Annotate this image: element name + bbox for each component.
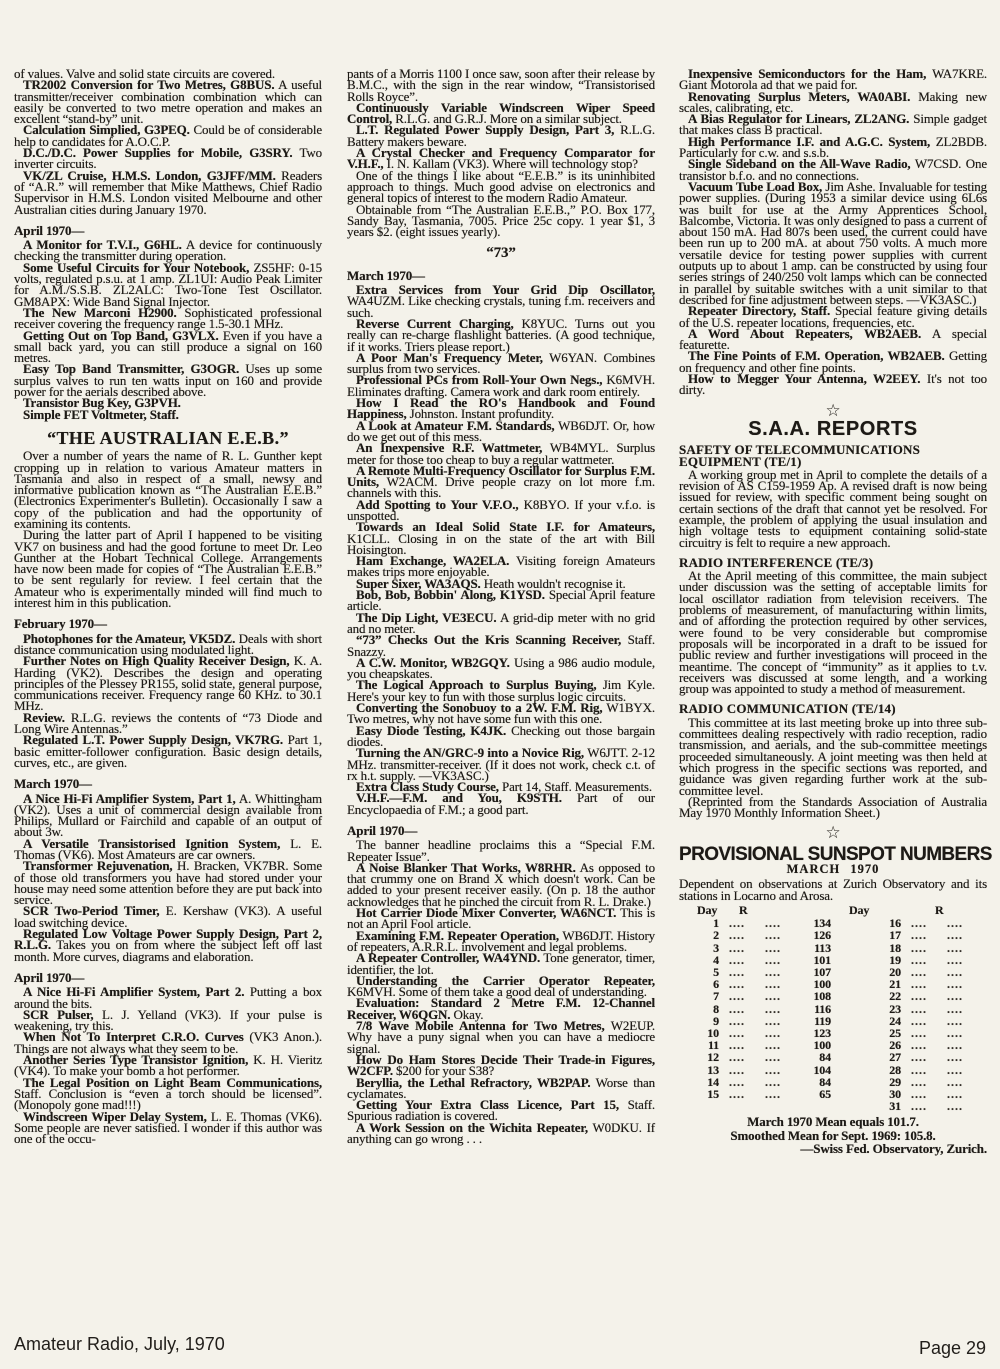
paragraph: The New Marconi H2900. Sophisticated pro… — [14, 307, 322, 330]
value-cell: 48 — [973, 954, 1000, 966]
paragraph-text: Jim Ashe. Invaluable for testing power s… — [679, 179, 987, 307]
day-cell: 8 — [679, 1003, 719, 1015]
value-cell: 46 — [973, 917, 1000, 929]
paragraph: Windscreen Wiper Delay System, L. E. Tho… — [14, 1111, 322, 1145]
month-header: February 1970— — [14, 618, 322, 629]
table-row: 13........10428........110 — [679, 1064, 987, 1076]
gap-cell — [831, 1015, 861, 1027]
dot-leader: .... — [719, 929, 755, 941]
column-left: of values. Valve and solid state circuit… — [14, 68, 322, 1144]
sunspot-table-header: DayRDayR — [679, 904, 987, 916]
day-cell: 22 — [861, 990, 901, 1002]
day-cell: 28 — [861, 1064, 901, 1076]
value-cell: 101 — [973, 1100, 1000, 1112]
paragraph: Another Series Type Transistor Ignition,… — [14, 1054, 322, 1077]
star-divider-icon: ☆ — [679, 827, 987, 838]
dot-leader: .... — [755, 1051, 791, 1063]
value-cell: 140 — [973, 1015, 1000, 1027]
paragraph-text: At the April meeting of this committee, … — [679, 568, 987, 696]
paragraph: During the latter part of April I happen… — [14, 529, 322, 608]
paragraph: Beryllia, the Lethal Refractory, WB2PAP.… — [347, 1077, 655, 1100]
month-header: March 1970— — [14, 778, 322, 789]
paragraph: Over a number of years the name of R. L.… — [14, 450, 322, 529]
paragraph: The Logical Approach to Surplus Buying, … — [347, 679, 655, 702]
paragraph: “73” Checks Out the Kris Scanning Receiv… — [347, 634, 655, 657]
value-cell: 103 — [973, 1076, 1000, 1088]
paragraph: Getting Out on Top Band, G3VLX. Even if … — [14, 330, 322, 364]
paragraph: Easy Top Band Transmitter, G3OGR. Uses u… — [14, 363, 322, 397]
sunspot-table: DayRDayR1........13416........462.......… — [679, 904, 987, 1112]
paragraph: Bob, Bob, Bobbin' Along, K1YSD. Special … — [347, 589, 655, 612]
paragraph: How Do Ham Stores Decide Their Trade-in … — [347, 1054, 655, 1077]
value-cell: 41 — [973, 942, 1000, 954]
paragraph: Evaluation: Standard 2 Metre F.M. 12-Cha… — [347, 997, 655, 1020]
paragraph: V.H.F.—F.M. and You, K9STH. Part of our … — [347, 792, 655, 815]
day-cell: 17 — [861, 929, 901, 941]
gap-cell — [831, 942, 861, 954]
paragraph: D.C./D.C. Power Supplies for Mobile, G3S… — [14, 147, 322, 170]
paragraph: L.T. Regulated Power Supply Design, Part… — [347, 124, 655, 147]
paragraph: Dependent on observations at Zurich Obse… — [679, 878, 987, 901]
column-header: R — [935, 904, 987, 916]
month-header: April 1970— — [14, 225, 322, 236]
paragraph-text: Dependent on observations at Zurich Obse… — [679, 876, 987, 902]
table-row: 10........12325........142 — [679, 1027, 987, 1039]
paragraph: Understanding the Carrier Operator Repea… — [347, 975, 655, 998]
paragraph: Towards an Ideal Solid State I.F. for Am… — [347, 521, 655, 555]
paragraph-text: Obtainable from “The Australian E.E.B.,”… — [347, 202, 655, 240]
paragraph: Professional PCs from Roll-Your Own Negs… — [347, 374, 655, 397]
dot-leader: .... — [937, 1064, 973, 1076]
paragraph: Renovating Surplus Meters, WA0ABI. Makin… — [679, 91, 987, 114]
credit-line: —Swiss Fed. Observatory, Zurich. — [679, 1143, 987, 1154]
table-row: 8........11623........131 — [679, 1003, 987, 1015]
gap-cell — [831, 1088, 861, 1100]
section-heading-73: “73” — [347, 248, 655, 259]
dot-leader: .... — [937, 929, 973, 941]
paragraph: A working group met in April to complete… — [679, 469, 987, 548]
paragraph: Vacuum Tube Load Box, Jim Ashe. Invaluab… — [679, 181, 987, 305]
column-header: Day — [835, 904, 935, 916]
gap-cell — [831, 1027, 861, 1039]
paragraph-text: One of the things I like about “E.E.B.” … — [347, 168, 655, 206]
paragraph: Simple FET Voltmeter, Staff. — [14, 409, 322, 420]
table-row: 11........10026........122 — [679, 1039, 987, 1051]
article-title: Bob, Bob, Bobbin' Along, K1YSD. — [356, 587, 545, 602]
paragraph: (Reprinted from the Standards Associatio… — [679, 796, 987, 819]
gap-cell — [831, 1100, 861, 1112]
paragraph: Regulated L.T. Power Supply Design, VK7R… — [14, 734, 322, 768]
dot-leader: .... — [719, 1051, 755, 1063]
paragraph: Reverse Current Charging, K8YUC. Turns o… — [347, 318, 655, 352]
footer-journal-title: Amateur Radio, July, 1970 — [14, 1334, 225, 1355]
paragraph: Repeater Directory, Staff. Special featu… — [679, 305, 987, 328]
gap-cell — [831, 1076, 861, 1088]
table-row: 2........12617........29 — [679, 929, 987, 941]
paragraph: A Monitor for T.V.I., G6HL. A device for… — [14, 239, 322, 262]
paragraph: Obtainable from “The Australian E.E.B.,”… — [347, 204, 655, 238]
paragraph: A Nice Hi-Fi Amplifier System, Part 2. P… — [14, 986, 322, 1009]
paragraph-text: This committee at its last meeting broke… — [679, 715, 987, 798]
paragraph-text: During the latter part of April I happen… — [14, 527, 322, 610]
paragraph: The banner headline proclaims this a “Sp… — [347, 839, 655, 862]
dot-leader: .... — [937, 1051, 973, 1063]
paragraph: SCR Pulser, L. J. Yelland (VK3). If your… — [14, 1009, 322, 1032]
dot-leader: .... — [719, 990, 755, 1002]
paragraph: A Nice Hi-Fi Amplifier System, Part 1, A… — [14, 793, 322, 838]
dot-leader: .... — [755, 1088, 791, 1100]
day-cell: 27 — [861, 1051, 901, 1063]
paragraph: Further Notes on High Quality Receiver D… — [14, 655, 322, 711]
paragraph: SCR Two-Period Timer, E. Kershaw (VK3). … — [14, 905, 322, 928]
dot-leader: .... — [901, 1100, 937, 1112]
month-header: April 1970— — [14, 972, 322, 983]
month-header: March 1970— — [347, 270, 655, 281]
table-row: 7........10822........122 — [679, 990, 987, 1002]
paragraph: An Inexpensive R.F. Wattmeter, WB4MYL. S… — [347, 442, 655, 465]
table-row: 6........10021........115 — [679, 978, 987, 990]
article-title: “73” Checks Out the Kris Scanning Receiv… — [356, 632, 621, 647]
article-title: Simple FET Voltmeter, Staff. — [23, 407, 179, 422]
dot-leader: .... — [755, 990, 791, 1002]
paragraph: A Look at Amateur F.M. Standards, WB6DJT… — [347, 420, 655, 443]
gap-cell — [831, 954, 861, 966]
column-right: Inexpensive Semiconductors for the Ham, … — [679, 68, 987, 1154]
paragraph: A Noise Blanker That Works, W8RHR. As op… — [347, 862, 655, 907]
gap-cell — [831, 929, 861, 941]
paragraph: A Word About Repeaters, WB2AEB. A specia… — [679, 328, 987, 351]
table-row: 5........10720........93 — [679, 966, 987, 978]
dot-leader: .... — [755, 942, 791, 954]
day-cell: 2 — [679, 929, 719, 941]
paragraph: Getting Your Extra Class Licence, Part 1… — [347, 1099, 655, 1122]
paragraph: A Repeater Controller, WA4YND. Tone gene… — [347, 952, 655, 975]
gap-cell — [831, 1003, 861, 1015]
gap-cell — [831, 1039, 861, 1051]
paragraph-text: (Reprinted from the Standards Associatio… — [679, 794, 987, 820]
magazine-page: { "glyphs": {"star": "☆", "dots": "...."… — [0, 0, 1000, 1369]
day-cell: 7 — [679, 990, 719, 1002]
subsection-heading: RADIO COMMUNICATION (TE/14) — [679, 703, 987, 714]
note-line: March 1970 Mean equals 101.7. — [679, 1116, 987, 1127]
paragraph-text: Over a number of years the name of R. L.… — [14, 448, 322, 531]
dot-leader: .... — [901, 929, 937, 941]
paragraph: Ham Exchange, WA2ELA. Visiting foreign A… — [347, 555, 655, 578]
paragraph: Extra Services from Your Grid Dip Oscill… — [347, 284, 655, 318]
paragraph: pants of a Morris 1100 I once saw, soon … — [347, 68, 655, 102]
value-cell — [791, 1100, 831, 1112]
day-cell: 3 — [679, 942, 719, 954]
dot-leader — [719, 1100, 755, 1112]
value-cell: 29 — [973, 929, 1000, 941]
paragraph: A Bias Regulator for Linears, ZL2ANG. Si… — [679, 113, 987, 136]
paragraph: Turning the AN/GRC-9 into a Novice Rig, … — [347, 747, 655, 781]
paragraph: The Legal Position on Light Beam Communi… — [14, 1077, 322, 1111]
gap-cell — [831, 990, 861, 1002]
table-row: 9........11924........140 — [679, 1015, 987, 1027]
dot-leader: .... — [755, 1064, 791, 1076]
paragraph: VK/ZL Cruise, H.M.S. London, G3JFF/MM. R… — [14, 170, 322, 215]
note-line: Smoothed Mean for Sept. 1969: 105.8. — [679, 1130, 987, 1141]
paragraph: At the April meeting of this committee, … — [679, 570, 987, 694]
paragraph: Converting the Sonobuoy to a 2W. F.M. Ri… — [347, 702, 655, 725]
paragraph: Review. R.L.G. reviews the contents of “… — [14, 712, 322, 735]
paragraph: Continuously Variable Windscreen Wiper S… — [347, 102, 655, 125]
dot-leader: .... — [719, 1088, 755, 1100]
paragraph: 7/8 Wave Mobile Antenna for Two Metres, … — [347, 1020, 655, 1054]
table-subtitle: MARCH 1970 — [679, 864, 987, 875]
paragraph: Regulated Low Voltage Power Supply Desig… — [14, 928, 322, 962]
paragraph: A C.W. Monitor, WB2GQY. Using a 986 audi… — [347, 657, 655, 680]
value-cell: 84 — [791, 1051, 831, 1063]
paragraph: When Not To Interpret C.R.O. Curves (VK3… — [14, 1031, 322, 1054]
value-cell: 108 — [791, 990, 831, 1002]
paragraph: This committee at its last meeting broke… — [679, 717, 987, 796]
paragraph: TR2002 Conversion for Two Metres, G8BUS.… — [14, 79, 322, 124]
value-cell: 110 — [973, 1064, 1000, 1076]
column-header: R — [739, 904, 835, 916]
table-row: 14........8429........103 — [679, 1076, 987, 1088]
paragraph: How to Megger Your Antenna, W2EEY. It's … — [679, 373, 987, 396]
dot-leader — [755, 1100, 791, 1112]
dot-leader: .... — [937, 1100, 973, 1112]
paragraph: How I Read the RO's Handbook and Found H… — [347, 397, 655, 420]
paragraph: One of the things I like about “E.E.B.” … — [347, 170, 655, 204]
dot-leader: .... — [719, 1003, 755, 1015]
table-row: 12........8427........115 — [679, 1051, 987, 1063]
footer-page-number: Page 29 — [919, 1338, 986, 1359]
section-heading: PROVISIONAL SUNSPOT NUMBERS — [679, 849, 987, 860]
day-cell: 31 — [861, 1100, 901, 1112]
value-cell: 122 — [973, 1039, 1000, 1051]
dot-leader: .... — [719, 1064, 755, 1076]
gap-cell — [831, 1051, 861, 1063]
paragraph: A Poor Man's Frequency Meter, W6YAN. Com… — [347, 352, 655, 375]
dot-leader: .... — [719, 942, 755, 954]
paragraph: A Versatile Transistorised Ignition Syst… — [14, 838, 322, 861]
dot-leader: .... — [901, 1064, 937, 1076]
paragraph: The Dip Light, VE3ECU. A grid-dip meter … — [347, 612, 655, 635]
value-cell: 131 — [973, 1003, 1000, 1015]
value-cell: 142 — [973, 1027, 1000, 1039]
value-cell: 104 — [791, 1064, 831, 1076]
paragraph-text: pants of a Morris 1100 I once saw, soon … — [347, 66, 655, 104]
dot-leader: .... — [755, 929, 791, 941]
paragraph: Easy Diode Testing, K4JK. Checking out t… — [347, 725, 655, 748]
day-cell: 12 — [679, 1051, 719, 1063]
month-header: April 1970— — [347, 825, 655, 836]
subsection-heading: SAFETY OF TELECOMMUNICATIONS EQUIPMENT (… — [679, 444, 987, 467]
paragraph: Inexpensive Semiconductors for the Ham, … — [679, 68, 987, 91]
article-title: How to Megger Your Antenna, W2EEY. — [688, 371, 920, 386]
day-cell: 15 — [679, 1088, 719, 1100]
paragraph: Single Sideband on the All-Wave Radio, W… — [679, 158, 987, 181]
value-cell: 113 — [791, 942, 831, 954]
dot-leader: .... — [901, 1051, 937, 1063]
table-row: 4........10119........48 — [679, 954, 987, 966]
day-cell: 18 — [861, 942, 901, 954]
section-heading: “THE AUSTRALIAN E.E.B.” — [14, 433, 322, 444]
paragraph: A Work Session on the Wichita Repeater, … — [347, 1122, 655, 1145]
section-heading: S.A.A. REPORTS — [679, 424, 987, 435]
table-row: 3........11318........41 — [679, 942, 987, 954]
gap-cell — [831, 1064, 861, 1076]
subsection-heading: RADIO INTERFERENCE (TE/3) — [679, 557, 987, 568]
star-divider-icon: ☆ — [679, 405, 987, 416]
value-cell: 126 — [791, 929, 831, 941]
paragraph: Add Spotting to Your V.F.O., K8BYO. If y… — [347, 499, 655, 522]
value-cell: 115 — [973, 978, 1000, 990]
table-row: 31........101 — [679, 1100, 987, 1112]
paragraph-text: A working group met in April to complete… — [679, 467, 987, 550]
paragraph: High Performance I.F. and A.G.C. System,… — [679, 136, 987, 159]
dot-leader: .... — [901, 1003, 937, 1015]
paragraph: The Fine Points of F.M. Operation, WB2AE… — [679, 350, 987, 373]
day-cell: 13 — [679, 1064, 719, 1076]
value-cell: 65 — [791, 1088, 831, 1100]
value-cell: 122 — [973, 990, 1000, 1002]
day-cell — [679, 1100, 719, 1112]
paragraph: A Crystal Checker and Frequency Comparat… — [347, 147, 655, 170]
dot-leader: .... — [755, 1003, 791, 1015]
column-header: Day — [679, 904, 739, 916]
paragraph: Hot Carrier Diode Mixer Converter, WA6NC… — [347, 907, 655, 930]
paragraph: Some Useful Circuits for Your Notebook, … — [14, 262, 322, 307]
value-cell: 115 — [973, 1051, 1000, 1063]
gap-cell — [831, 917, 861, 929]
dot-leader: .... — [937, 1003, 973, 1015]
paragraph: A Remote Multi-Frequency Oscillator for … — [347, 465, 655, 499]
table-row: 1........13416........46 — [679, 917, 987, 929]
column-middle: pants of a Morris 1100 I once saw, soon … — [347, 68, 655, 1144]
gap-cell — [831, 966, 861, 978]
paragraph: Calculation Simplied, G3PEQ. Could be of… — [14, 124, 322, 147]
paragraph: Examining F.M. Repeater Operation, WB6DJ… — [347, 930, 655, 953]
gap-cell — [831, 978, 861, 990]
paragraph-text: Takes you on from where the subject left… — [14, 937, 322, 963]
value-cell: 111 — [973, 1088, 1000, 1100]
dot-leader: .... — [937, 942, 973, 954]
dot-leader: .... — [901, 990, 937, 1002]
dot-leader: .... — [901, 942, 937, 954]
value-cell: 93 — [973, 966, 1000, 978]
paragraph: Transformer Rejuvenation, H. Bracken, VK… — [14, 860, 322, 905]
table-row: 15........6530........111 — [679, 1088, 987, 1100]
day-cell: 23 — [861, 1003, 901, 1015]
dot-leader: .... — [937, 990, 973, 1002]
value-cell: 116 — [791, 1003, 831, 1015]
paragraph: Photophones for the Amateur, VK5DZ. Deal… — [14, 633, 322, 656]
